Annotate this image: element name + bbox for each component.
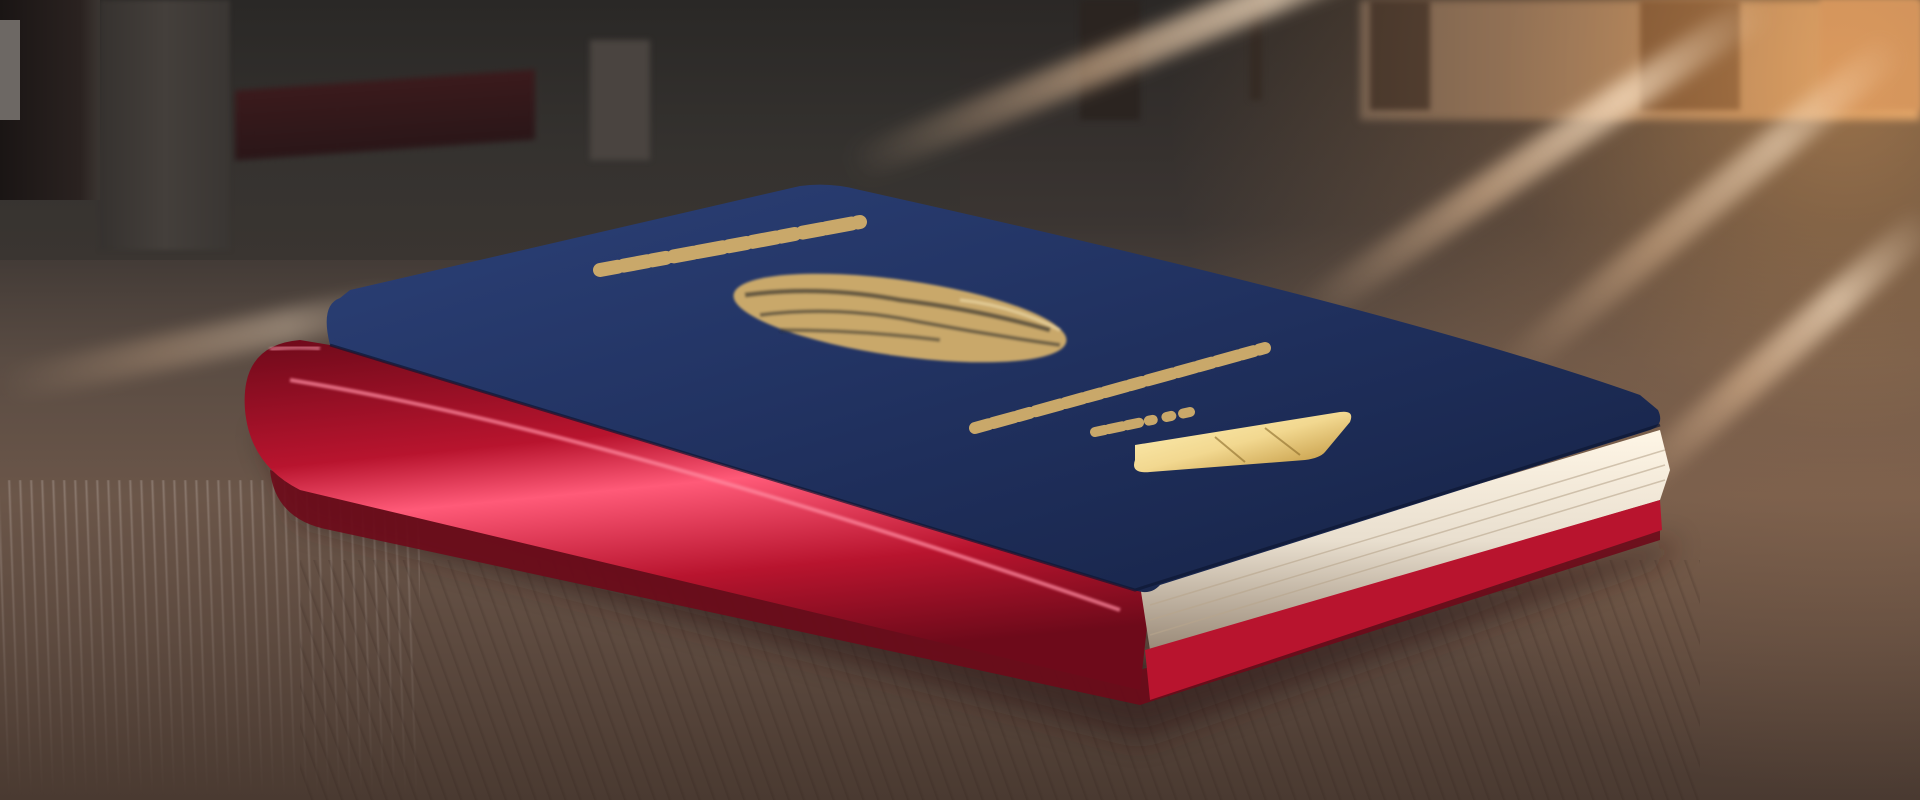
passport-illustration [0, 0, 1920, 800]
red-book-highlight-soft [270, 347, 320, 350]
photo-scene [0, 0, 1920, 800]
